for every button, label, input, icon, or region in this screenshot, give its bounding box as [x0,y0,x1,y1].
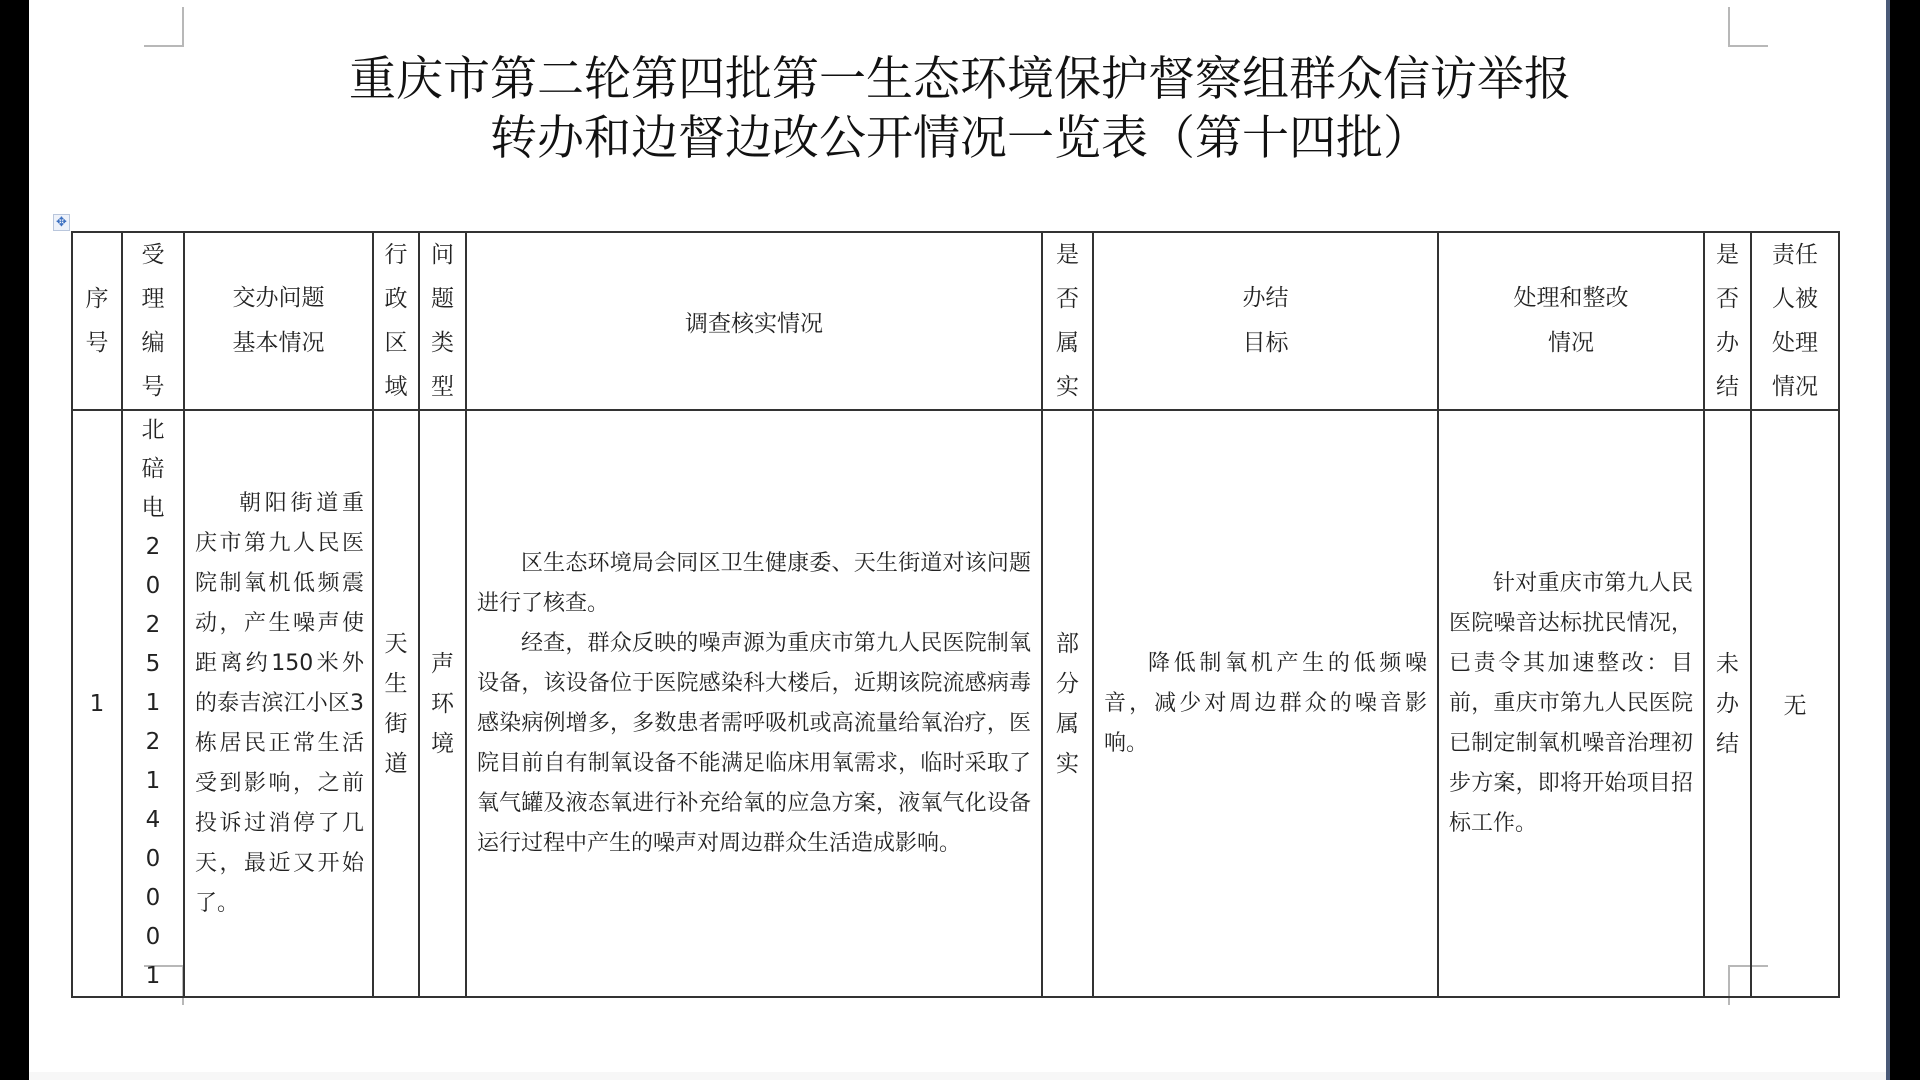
table-move-handle-icon[interactable]: ✥ [53,214,70,231]
header-closed: 是否办结 [1704,232,1751,410]
table-row: 1 北碚电202512140001 朝阳街道重庆市第九人民医院制氧机低频震动，产… [72,410,1839,997]
header-goal: 办结 目标 [1093,232,1438,410]
cell-goal: 降低制氧机产生的低频噪音，减少对周边群众的噪音影响。 [1093,410,1438,997]
header-type: 问题类型 [419,232,466,410]
header-seq: 序号 [72,232,122,410]
petition-table: 序号 受理编号 交办问题 基本情况 行政区域 问题类型 调查核实情况 是否属实 … [71,231,1840,998]
cell-accountability: 无 [1751,410,1839,997]
header-investigation: 调查核实情况 [466,232,1042,410]
header-handling: 处理和整改 情况 [1438,232,1704,410]
cell-closed: 未办结 [1704,410,1751,997]
cell-investigation: 区生态环境局会同区卫生健康委、天生街道对该问题进行了核查。 经查，群众反映的噪声… [466,410,1042,997]
header-id: 受理编号 [122,232,184,410]
cell-id: 北碚电202512140001 [122,410,184,997]
cell-seq: 1 [72,410,122,997]
document-title-line2: 转办和边督边改公开情况一览表（第十四批） [0,110,1920,168]
header-problem: 交办问题 基本情况 [184,232,373,410]
header-verified: 是否属实 [1042,232,1093,410]
cell-verified: 部分属实 [1042,410,1093,997]
cell-type: 声环境 [419,410,466,997]
cell-problem: 朝阳街道重庆市第九人民医院制氧机低频震动，产生噪声使距离约150米外的泰吉滨江小… [184,410,373,997]
cell-region: 天生街道 [373,410,419,997]
header-accountability: 责任 人被 处理 情况 [1751,232,1839,410]
cell-handling: 针对重庆市第九人民医院噪音达标扰民情况，已责令其加速整改：目前，重庆市第九人民医… [1438,410,1704,997]
document-title-line1: 重庆市第二轮第四批第一生态环境保护督察组群众信访举报 [0,51,1920,109]
margin-mark-top-left [144,7,184,47]
page-bottom-strip [29,1072,1886,1080]
margin-mark-top-right [1728,7,1768,47]
header-region: 行政区域 [373,232,419,410]
table-header-row: 序号 受理编号 交办问题 基本情况 行政区域 问题类型 调查核实情况 是否属实 … [72,232,1839,410]
